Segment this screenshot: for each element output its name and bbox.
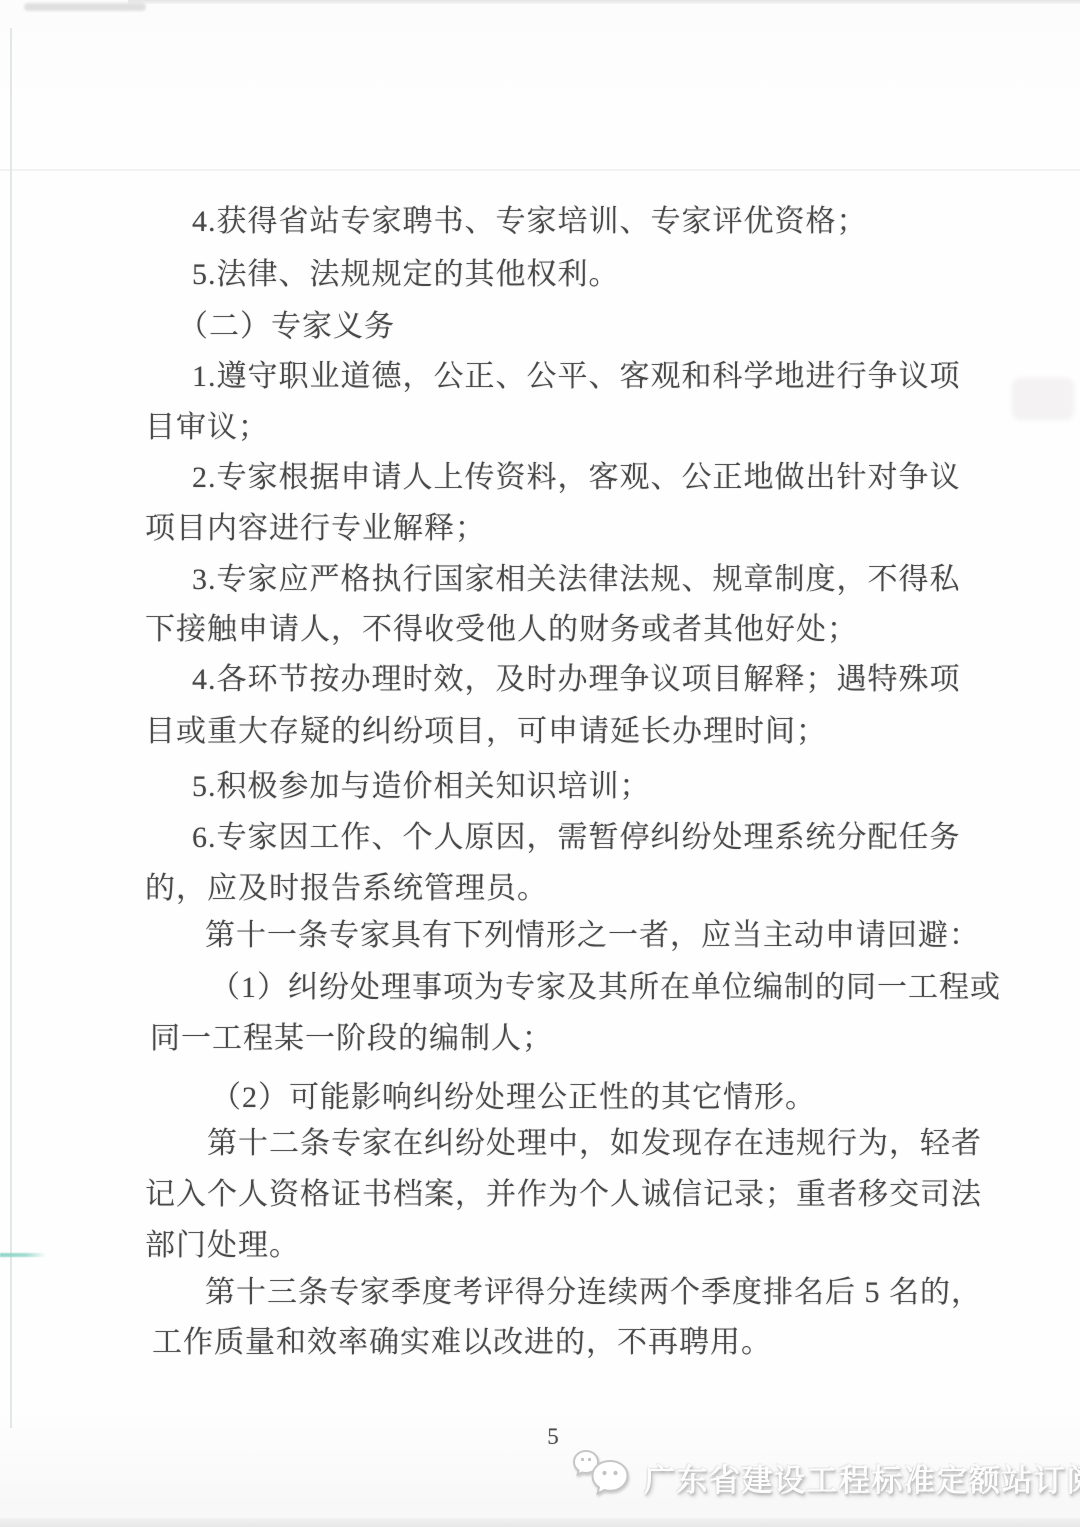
text-line: 4.各环节按办理时效，及时办理争议项目解释；遇特殊项 (192, 662, 961, 698)
scan-artifact-bottom-edge (0, 1518, 1080, 1527)
text-line: 4.获得省站专家聘书、专家培训、专家评优资格； (192, 204, 868, 240)
text-line: 记入个人资格证书档案，并作为个人诚信记录；重者移交司法 (145, 1177, 982, 1213)
watermark-label: 广东省建设工程标准定额站订阅号 (644, 1455, 1080, 1500)
text-line: （1）纠纷处理事项为专家及其所在单位编制的同一工程或 (210, 970, 1001, 1006)
text-line: 5.法律、法规规定的其他权利。 (192, 257, 620, 293)
text-line: 的，应及时报告系统管理员。 (145, 871, 548, 907)
text-line: 部门处理。 (145, 1228, 300, 1264)
text-line: （二）专家义务 (178, 309, 395, 345)
text-line: 2.专家根据申请人上传资料，客观、公正地做出针对争议 (192, 460, 961, 496)
text-line: 同一工程某一阶段的编制人； (150, 1021, 553, 1057)
text-line: 第十三条专家季度考评得分连续两个季度排名后 5 名的， (205, 1275, 982, 1311)
scan-artifact-top-left (24, 3, 146, 11)
text-line: 5.积极参加与造价相关知识培训； (192, 769, 651, 805)
scan-artifact-teal-mark (0, 1253, 46, 1257)
scan-artifact-hline (0, 169, 1080, 171)
text-line: 第十二条专家在纠纷处理中，如发现存在违规行为，轻者 (207, 1126, 982, 1162)
text-line: 项目内容进行专业解释； (145, 511, 486, 547)
wechat-bubbles-icon (572, 1447, 636, 1508)
text-line: 1.遵守职业道德，公正、公平、客观和科学地进行争议项 (192, 359, 961, 395)
scan-artifact-right-smudge (1012, 378, 1074, 420)
text-line: （2）可能影响纠纷处理公正性的其它情形。 (211, 1080, 816, 1116)
text-line: 目审议； (145, 410, 269, 446)
watermark: 广东省建设工程标准定额站订阅号 (572, 1446, 1080, 1508)
page-number: 5 (538, 1424, 568, 1450)
text-line: 目或重大存疑的纠纷项目，可申请延长办理时间； (145, 714, 827, 750)
text-line: 3.专家应严格执行国家相关法律法规、规章制度，不得私 (192, 562, 961, 598)
text-line: 6.专家因工作、个人原因，需暂停纠纷处理系统分配任务 (192, 820, 961, 856)
document-page: 4.获得省站专家聘书、专家培训、专家评优资格；5.法律、法规规定的其他权利。（二… (0, 0, 1080, 1527)
scan-artifact-top-edge (128, 0, 1080, 4)
text-line: 第十一条专家具有下列情形之一者，应当主动申请回避： (205, 918, 980, 954)
scan-artifact-left-line (10, 28, 12, 1428)
text-line: 工作质量和效率确实难以改进的，不再聘用。 (152, 1325, 772, 1361)
text-line: 下接触申请人，不得收受他人的财务或者其他好处； (145, 612, 858, 648)
